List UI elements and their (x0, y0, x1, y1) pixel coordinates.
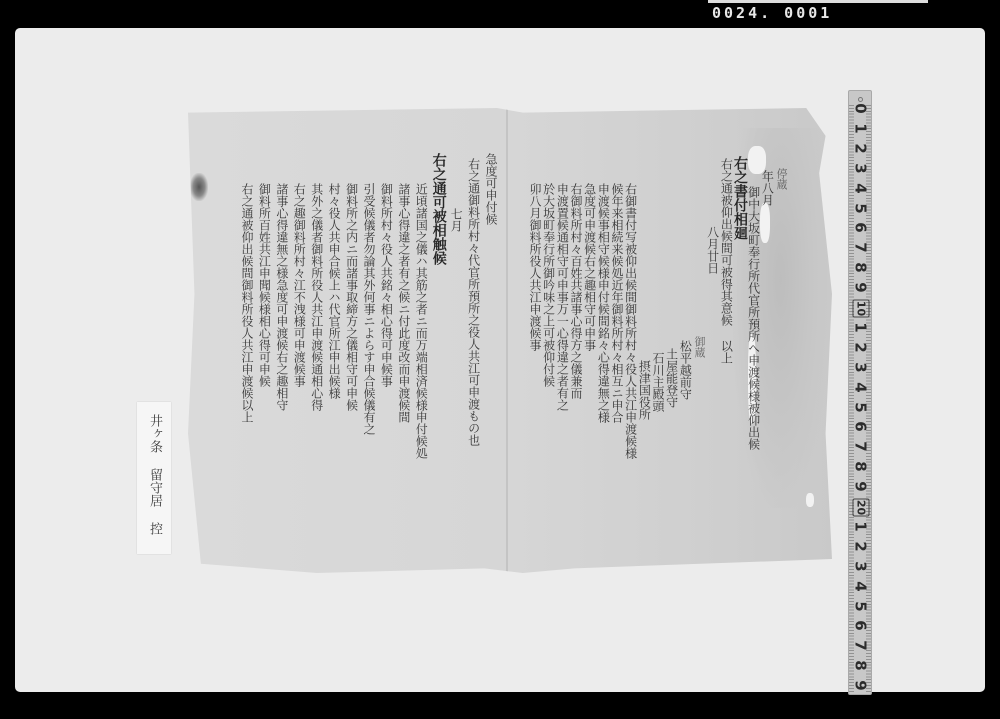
text-column: 急度可申渡候右之趣相守可申事 (583, 183, 597, 351)
ruler-label: 2 (853, 535, 868, 557)
ruler-label: 1 (853, 316, 868, 338)
ruler-label: 8 (853, 257, 868, 279)
ruler-label: 9 (853, 675, 868, 697)
ruler-label: 1 (853, 117, 868, 139)
text-column: 右之趣御料所村々江不洩様可申渡候事 (292, 183, 306, 387)
ruler-label: 4 (853, 575, 868, 597)
measuring-ruler: 01234567891012345678920123456789 (848, 90, 872, 695)
text-column: 急度可申付候 (484, 153, 498, 225)
text-column: 摂津国役所 (637, 360, 651, 420)
ruler-label: 2 (853, 137, 868, 159)
ruler-label: 9 (853, 277, 868, 299)
text-column: 申渡置候通相守可申事万一心得違之者有之 (555, 183, 569, 411)
document-sheet: 停蔵年八月御中大坂町奉行所代官所預所へ申渡候様被仰出候右之書付相廻右之通被仰出候… (188, 108, 832, 573)
text-column: 右御料所村々百姓共諸事心得方之儀兼而 (569, 183, 583, 399)
ruler-label: 4 (853, 376, 868, 398)
text-column: 候年来相続来候処近年御料所村々相互ニ申合 (610, 183, 624, 423)
text-column: 村々役人共申合候上ハ代官所江申出候様 (327, 183, 341, 399)
ruler-label: 10 (853, 300, 870, 318)
label-slip-text: 井ヶ条 留守居 控 (147, 414, 161, 535)
ruler-label: 0 (853, 98, 868, 120)
ruler-label: 7 (853, 635, 868, 657)
text-column: 右之通被仰出候間可被得其意候 以上 (719, 158, 733, 364)
text-column: 諸事心得違無之様急度可申渡候右之趣相守 (275, 183, 289, 411)
paper-damage-hole (760, 203, 770, 243)
ruler-label: 4 (853, 177, 868, 199)
microfilm-frame-number: 0024. 0001 (712, 4, 832, 22)
ruler-label: 7 (853, 436, 868, 458)
text-column: 右御書付写被仰出候間御料所村々役人共江申渡候様 (624, 183, 638, 459)
text-column: 七月 (449, 208, 463, 232)
paper-damage-hole (806, 493, 814, 507)
ruler-label: 1 (853, 515, 868, 537)
ruler-label: 2 (853, 336, 868, 358)
text-column: 右之通可被相触候 (432, 153, 446, 265)
text-column: 右之書付相廻 (733, 156, 747, 240)
text-column: 石川主殿頭 (651, 352, 665, 412)
text-column: 近頃諸国之儀ハ其筋之者ニ而万端相済候様申付候処 (414, 183, 428, 459)
text-column: 申渡候事相守候様申付候間銘々心得違無之様 (596, 183, 610, 423)
text-column: 八月廿日 (706, 226, 720, 274)
text-column: 右之通被仰出候間御料所役人共江申渡候以上 (240, 183, 254, 423)
text-column: 年八月 (760, 170, 774, 206)
text-column: 御中大坂町奉行所代官所預所へ申渡候様被仰出候 (747, 186, 761, 450)
ruler-label: 7 (853, 237, 868, 259)
ruler-label: 3 (853, 356, 868, 378)
text-column: 右之通御料所村々代官所預所之役人共江可申渡もの也 (467, 158, 481, 446)
film-edge-strip (708, 0, 928, 3)
center-fold (506, 108, 508, 573)
ruler-label: 8 (853, 655, 868, 677)
ruler-label: 3 (853, 157, 868, 179)
ruler-label: 20 (853, 499, 870, 517)
text-column: 於大坂町奉行所御吟味之上可被仰付候 (542, 183, 556, 387)
ruler-label: 8 (853, 456, 868, 478)
text-column: 土屋能登守 (665, 348, 679, 408)
archive-label-slip: 井ヶ条 留守居 控 (137, 402, 171, 554)
text-column: 引受候儀者勿論其外何事ニよらす申合候儀有之 (362, 183, 376, 435)
text-column: 停蔵 (774, 168, 788, 190)
text-column: 御蔵 (692, 336, 706, 358)
text-column: 松平越前守 (678, 340, 692, 400)
text-column: 卯八月御料所役人共江申渡候事 (528, 183, 542, 351)
text-column: 御料所村々役人共銘々相心得可申候事 (379, 183, 393, 387)
ruler-label: 9 (853, 476, 868, 498)
text-column: 諸事心得違之者有之候ニ付此度改而申渡候間 (397, 183, 411, 423)
ruler-label: 3 (853, 555, 868, 577)
text-column: 其外之儀者御料所役人共江申渡候通相心得 (310, 183, 324, 411)
ink-blot (190, 173, 208, 201)
text-column: 御料所之内ニ而諸事取締方之儀相守可申候 (345, 183, 359, 411)
text-column: 御料所百姓共江申聞候様相心得可申候 (257, 183, 271, 387)
